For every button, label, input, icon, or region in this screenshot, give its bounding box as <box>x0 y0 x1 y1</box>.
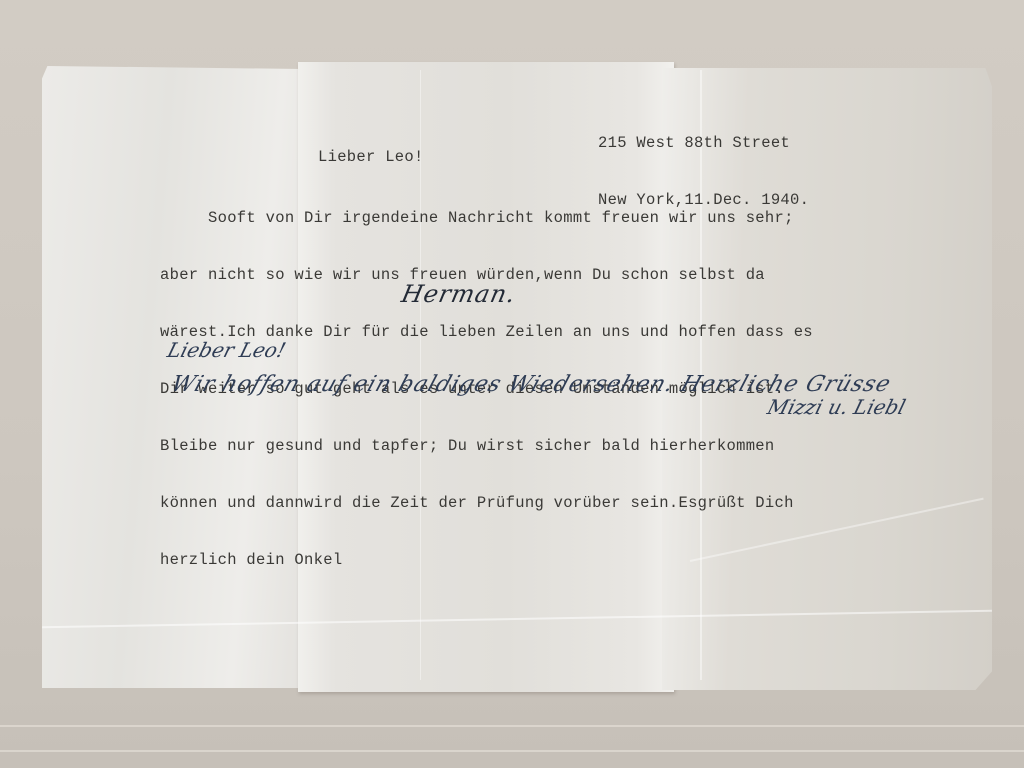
board-groove <box>0 750 1024 752</box>
body-line: können und dannwird die Zeit der Prüfung… <box>160 494 813 513</box>
body-line: herzlich dein Onkel <box>160 551 813 570</box>
board-groove <box>0 725 1024 727</box>
salutation: Lieber Leo! <box>318 148 424 167</box>
address-street: 215 West 88th Street <box>598 134 809 153</box>
body-line: Bleibe nur gesund und tapfer; Du wirst s… <box>160 437 813 456</box>
postscript-message: Wir hoffen auf ein baldiges Wiedersehen.… <box>168 372 894 397</box>
postscript-greeting: Lieber Leo! <box>165 338 289 362</box>
body-line: Sooft von Dir irgendeine Nachricht kommt… <box>160 209 813 228</box>
handwritten-signature: Herman. <box>399 280 519 308</box>
postscript-signature: Mizzi u. Liebl <box>765 395 908 419</box>
